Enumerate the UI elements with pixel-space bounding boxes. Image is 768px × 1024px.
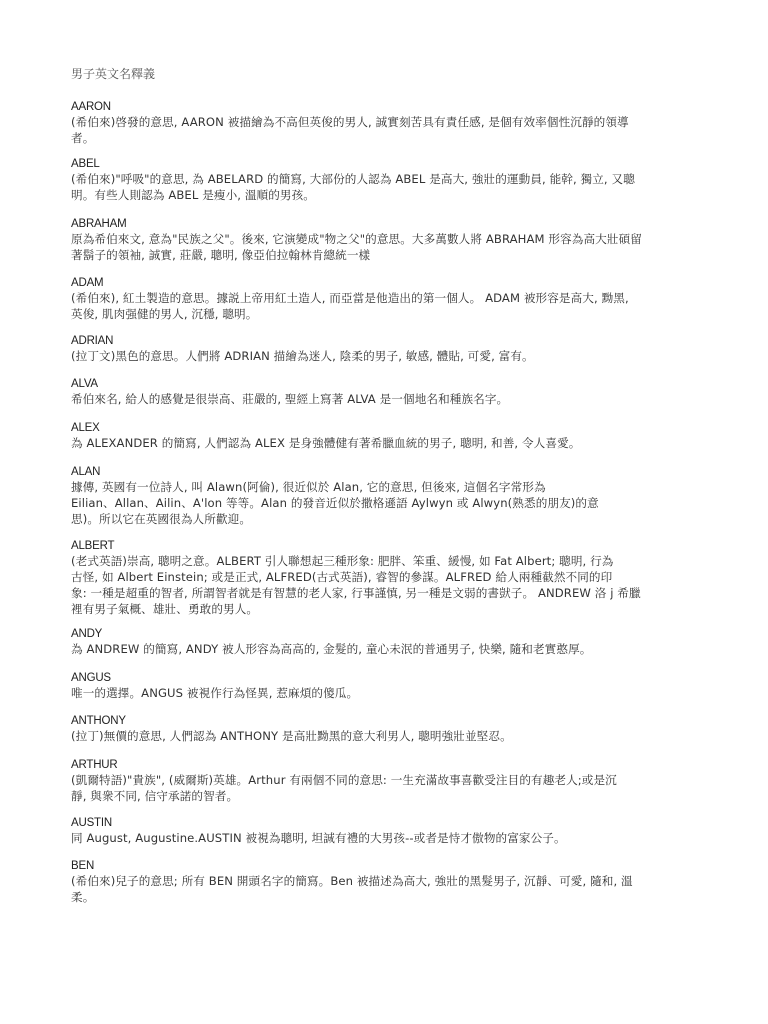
name-entry-abraham: ABRAHAM原為希伯來文, 意為"民族之父"。後來, 它演變成"物之父"的意思…	[71, 217, 707, 263]
description-line: 明。有些人則認為 ABEL 是瘦小, 溫順的男孩。	[71, 187, 707, 203]
description-line: (希伯來), 紅土製造的意思。據説上帝用紅土造人, 而亞當是他造出的第一個人。 …	[71, 290, 707, 306]
entry-heading: ABEL	[71, 157, 707, 171]
description-line: (希伯來)"呼吸"的意思, 為 ABELARD 的簡寫, 大部份的人認為 ABE…	[71, 171, 707, 187]
description-line: 思)。所以它在英國很為人所歡迎。	[71, 511, 707, 527]
entry-description: 據傳, 英國有一位詩人, 叫 Alawn(阿倫), 很近似於 Alan, 它的意…	[71, 479, 707, 527]
name-entry-abel: ABEL(希伯來)"呼吸"的意思, 為 ABELARD 的簡寫, 大部份的人認為…	[71, 157, 707, 203]
description-line: (拉丁)無價的意思, 人們認為 ANTHONY 是高壯黝黑的意大利男人, 聰明強…	[71, 728, 707, 744]
entry-heading: ALAN	[71, 465, 707, 479]
name-entry-austin: AUSTIN同 August, Augustine.AUSTIN 被視為聰明, …	[71, 816, 707, 846]
description-line: (拉丁文)黑色的意思。人們將 ADRIAN 描繪為迷人, 陰柔的男子, 敏感, …	[71, 348, 707, 364]
document-title: 男子英文名釋義	[71, 66, 155, 82]
entry-heading: ALVA	[71, 377, 707, 391]
entry-heading: ALBERT	[71, 539, 707, 553]
entry-description: (希伯來)兒子的意思; 所有 BEN 開頭名字的簡寫。Ben 被描述為高大, 強…	[71, 873, 707, 905]
entry-heading: AUSTIN	[71, 816, 707, 830]
entry-heading: BEN	[71, 859, 707, 873]
description-line: 同 August, Augustine.AUSTIN 被視為聰明, 坦誠有禮的大…	[71, 830, 707, 846]
entry-description: 為 ALEXANDER 的簡寫, 人們認為 ALEX 是身強體健有著希臘血統的男…	[71, 435, 707, 451]
description-line: (希伯來)啓發的意思, AARON 被描繪為不高但英俊的男人, 誠實刻苦具有責任…	[71, 114, 707, 130]
entry-description: 希伯來名, 給人的感覺是很崇高、莊嚴的, 聖經上寫著 ALVA 是一個地名和種族…	[71, 391, 707, 407]
description-line: 唯一的選擇。ANGUS 被視作行為怪異, 惹麻煩的傻瓜。	[71, 685, 707, 701]
description-line: 者。	[71, 130, 707, 146]
entry-description: 唯一的選擇。ANGUS 被視作行為怪異, 惹麻煩的傻瓜。	[71, 685, 707, 701]
name-entry-alan: ALAN據傳, 英國有一位詩人, 叫 Alawn(阿倫), 很近似於 Alan,…	[71, 465, 707, 527]
name-entry-aaron: AARON(希伯來)啓發的意思, AARON 被描繪為不高但英俊的男人, 誠實刻…	[71, 100, 707, 146]
entry-description: 同 August, Augustine.AUSTIN 被視為聰明, 坦誠有禮的大…	[71, 830, 707, 846]
entry-description: (拉丁)無價的意思, 人們認為 ANTHONY 是高壯黝黑的意大利男人, 聰明強…	[71, 728, 707, 744]
entry-heading: ABRAHAM	[71, 217, 707, 231]
description-line: (凱爾特語)"貴族", (威爾斯)英雄。Arthur 有兩個不同的意思: 一生充…	[71, 772, 707, 788]
entry-heading: ANTHONY	[71, 714, 707, 728]
description-line: 希伯來名, 給人的感覺是很崇高、莊嚴的, 聖經上寫著 ALVA 是一個地名和種族…	[71, 391, 707, 407]
entry-description: (拉丁文)黑色的意思。人們將 ADRIAN 描繪為迷人, 陰柔的男子, 敏感, …	[71, 348, 707, 364]
name-entry-adam: ADAM(希伯來), 紅土製造的意思。據説上帝用紅土造人, 而亞當是他造出的第一…	[71, 276, 707, 322]
entry-heading: AARON	[71, 100, 707, 114]
entry-heading: ADAM	[71, 276, 707, 290]
description-line: 原為希伯來文, 意為"民族之父"。後來, 它演變成"物之父"的意思。大多萬數人將…	[71, 231, 707, 247]
description-line: 據傳, 英國有一位詩人, 叫 Alawn(阿倫), 很近似於 Alan, 它的意…	[71, 479, 707, 495]
description-line: 英俊, 肌肉强健的男人, 沉穩, 聰明。	[71, 306, 707, 322]
entry-description: (希伯來), 紅土製造的意思。據説上帝用紅土造人, 而亞當是他造出的第一個人。 …	[71, 290, 707, 322]
description-line: Eilian、Allan、Ailin、A'lon 等等。Alan 的發音近似於撒…	[71, 495, 707, 511]
name-entry-alex: ALEX為 ALEXANDER 的簡寫, 人們認為 ALEX 是身強體健有著希臘…	[71, 421, 707, 451]
name-entry-andy: ANDY為 ANDREW 的簡寫, ANDY 被人形容為高高的, 金髮的, 童心…	[71, 627, 707, 657]
entry-description: (希伯來)啓發的意思, AARON 被描繪為不高但英俊的男人, 誠實刻苦具有責任…	[71, 114, 707, 146]
entry-heading: ANGUS	[71, 671, 707, 685]
entry-description: 為 ANDREW 的簡寫, ANDY 被人形容為高高的, 金髮的, 童心未泯的普…	[71, 641, 707, 657]
description-line: 為 ALEXANDER 的簡寫, 人們認為 ALEX 是身強體健有著希臘血統的男…	[71, 435, 707, 451]
description-line: 靜, 與衆不同, 信守承諾的智者。	[71, 788, 707, 804]
entry-heading: ANDY	[71, 627, 707, 641]
description-line: (希伯來)兒子的意思; 所有 BEN 開頭名字的簡寫。Ben 被描述為高大, 強…	[71, 873, 707, 889]
entry-description: 原為希伯來文, 意為"民族之父"。後來, 它演變成"物之父"的意思。大多萬數人將…	[71, 231, 707, 263]
entry-heading: ALEX	[71, 421, 707, 435]
description-line: 象: 一種是超重的智者, 所謂智者就是有智慧的老人家, 行事謹慎, 另一種是文弱…	[71, 585, 707, 601]
entry-description: (凱爾特語)"貴族", (威爾斯)英雄。Arthur 有兩個不同的意思: 一生充…	[71, 772, 707, 804]
description-line: 柔。	[71, 889, 707, 905]
description-line: 為 ANDREW 的簡寫, ANDY 被人形容為高高的, 金髮的, 童心未泯的普…	[71, 641, 707, 657]
name-entry-alva: ALVA希伯來名, 給人的感覺是很崇高、莊嚴的, 聖經上寫著 ALVA 是一個地…	[71, 377, 707, 407]
name-entry-adrian: ADRIAN(拉丁文)黑色的意思。人們將 ADRIAN 描繪為迷人, 陰柔的男子…	[71, 334, 707, 364]
name-entry-angus: ANGUS唯一的選擇。ANGUS 被視作行為怪異, 惹麻煩的傻瓜。	[71, 671, 707, 701]
entry-heading: ADRIAN	[71, 334, 707, 348]
name-entry-arthur: ARTHUR(凱爾特語)"貴族", (威爾斯)英雄。Arthur 有兩個不同的意…	[71, 758, 707, 804]
entry-heading: ARTHUR	[71, 758, 707, 772]
name-entry-albert: ALBERT(老式英語)崇高, 聰明之意。ALBERT 引人聯想起三種形象: 肥…	[71, 539, 707, 617]
entry-description: (希伯來)"呼吸"的意思, 為 ABELARD 的簡寫, 大部份的人認為 ABE…	[71, 171, 707, 203]
name-entry-ben: BEN(希伯來)兒子的意思; 所有 BEN 開頭名字的簡寫。Ben 被描述為高大…	[71, 859, 707, 905]
entry-description: (老式英語)崇高, 聰明之意。ALBERT 引人聯想起三種形象: 肥胖、笨重、緩…	[71, 553, 707, 617]
description-line: 裡有男子氣概、雄壯、勇敢的男人。	[71, 601, 707, 617]
name-entry-anthony: ANTHONY(拉丁)無價的意思, 人們認為 ANTHONY 是高壯黝黑的意大利…	[71, 714, 707, 744]
description-line: 古怪, 如 Albert Einstein; 或是正式, ALFRED(古式英語…	[71, 569, 707, 585]
description-line: 著鬍子的領袖, 誠實, 莊嚴, 聰明, 像亞伯拉翰林肯總統一樣	[71, 247, 707, 263]
description-line: (老式英語)崇高, 聰明之意。ALBERT 引人聯想起三種形象: 肥胖、笨重、緩…	[71, 553, 707, 569]
